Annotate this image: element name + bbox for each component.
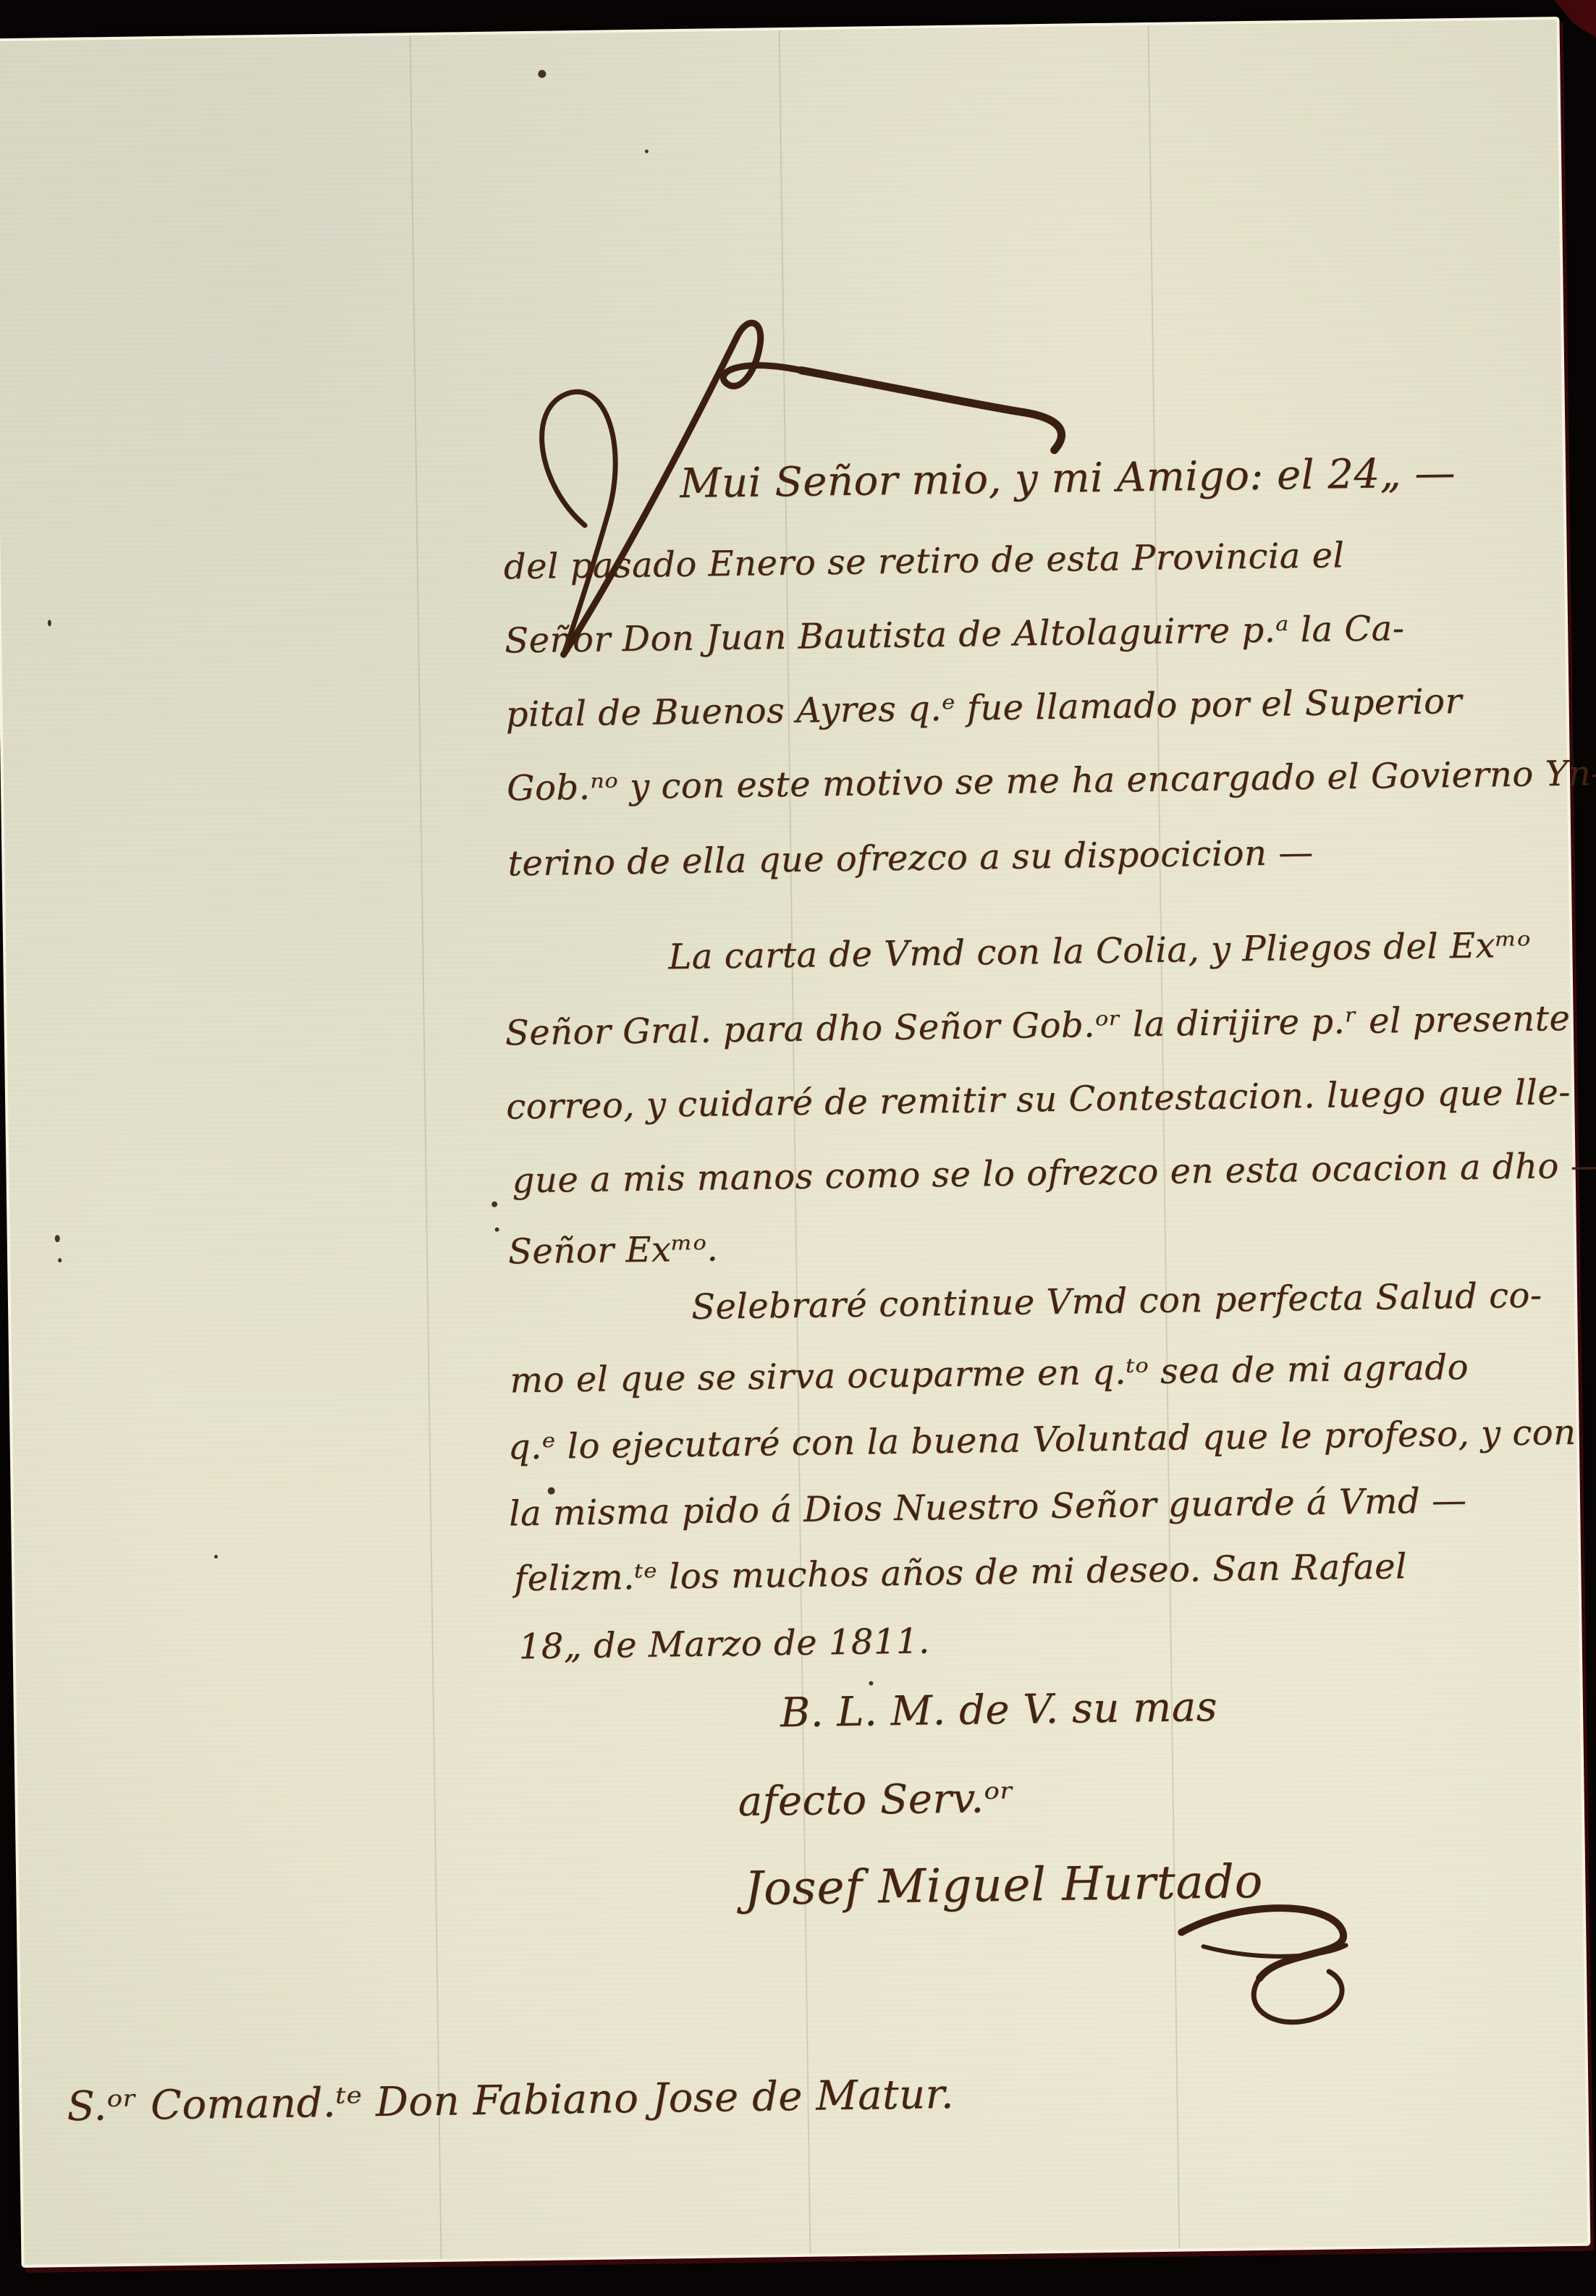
letter-line: felizm.ᵗᵉ los muchos años de mi deseo. S… (514, 1546, 1407, 1599)
letter-line: terino de ella que ofrezco a su dispocic… (507, 832, 1314, 885)
letter-line: correo, y cuidaré de remitir su Contesta… (506, 1072, 1571, 1128)
letter-line: Gob.ⁿᵒ y con este motivo se me ha encarg… (507, 753, 1596, 809)
letter-body: Mui Señor mio, y mi Amigo: el 24„ — del … (0, 20, 1587, 2265)
letter-line: Señor Gral. para dho Señor Gob.ᵒʳ la dir… (504, 998, 1570, 1054)
ink-speck (548, 1487, 555, 1495)
opening-flourish-icon (497, 301, 1125, 730)
letter-line: Señor Exᵐᵒ. (508, 1228, 719, 1272)
letter-line: Señor Don Juan Bautista de Altolaguirre … (504, 608, 1405, 661)
letter-line: mo el que se sirva ocuparme en q.ᵗᵒ sea … (510, 1347, 1469, 1401)
letter-paper: Mui Señor mio, y mi Amigo: el 24„ — del … (0, 17, 1590, 2268)
salutation-line: Mui Señor mio, y mi Amigo: el 24„ — (680, 450, 1456, 507)
ink-speck (48, 620, 51, 626)
ink-speck (58, 1258, 62, 1262)
closing-line: afecto Serv.ᵒʳ (738, 1775, 1015, 1826)
ink-speck (491, 1202, 497, 1207)
ink-speck (214, 1555, 218, 1558)
letter-line: q.ᵉ lo ejecutaré con la buena Voluntad q… (507, 1412, 1576, 1468)
signature: Josef Miguel Hurtado (744, 1855, 1264, 1916)
scanned-letter-page: Mui Señor mio, y mi Amigo: el 24„ — del … (0, 0, 1596, 2296)
letter-line: pital de Buenos Ayres q.ᵉ fue llamado po… (505, 681, 1462, 735)
ink-speck (495, 1228, 499, 1232)
ink-speck (645, 150, 649, 153)
ink-speck (55, 1235, 60, 1242)
recipient-line: S.ᵒʳ Comand.ᵗᵉ Don Fabiano Jose de Matur… (67, 2071, 954, 2130)
closing-line: B. L. M. de V. su mas (780, 1684, 1218, 1736)
letter-line: Selebraré continue Vmd con perfecta Salu… (691, 1275, 1542, 1328)
ink-speck (538, 70, 546, 78)
letter-line: del pasado Enero se retiro de esta Provi… (503, 535, 1344, 587)
ink-speck (869, 1681, 873, 1685)
letter-line: la misma pido á Dios Nuestro Señor guard… (509, 1480, 1467, 1534)
letter-line: gue a mis manos como se lo ofrezco en es… (512, 1145, 1596, 1201)
letter-line: La carta de Vmd con la Colia, y Pliegos … (668, 925, 1531, 978)
date-line: 18„ de Marzo de 1811. (518, 1621, 930, 1667)
